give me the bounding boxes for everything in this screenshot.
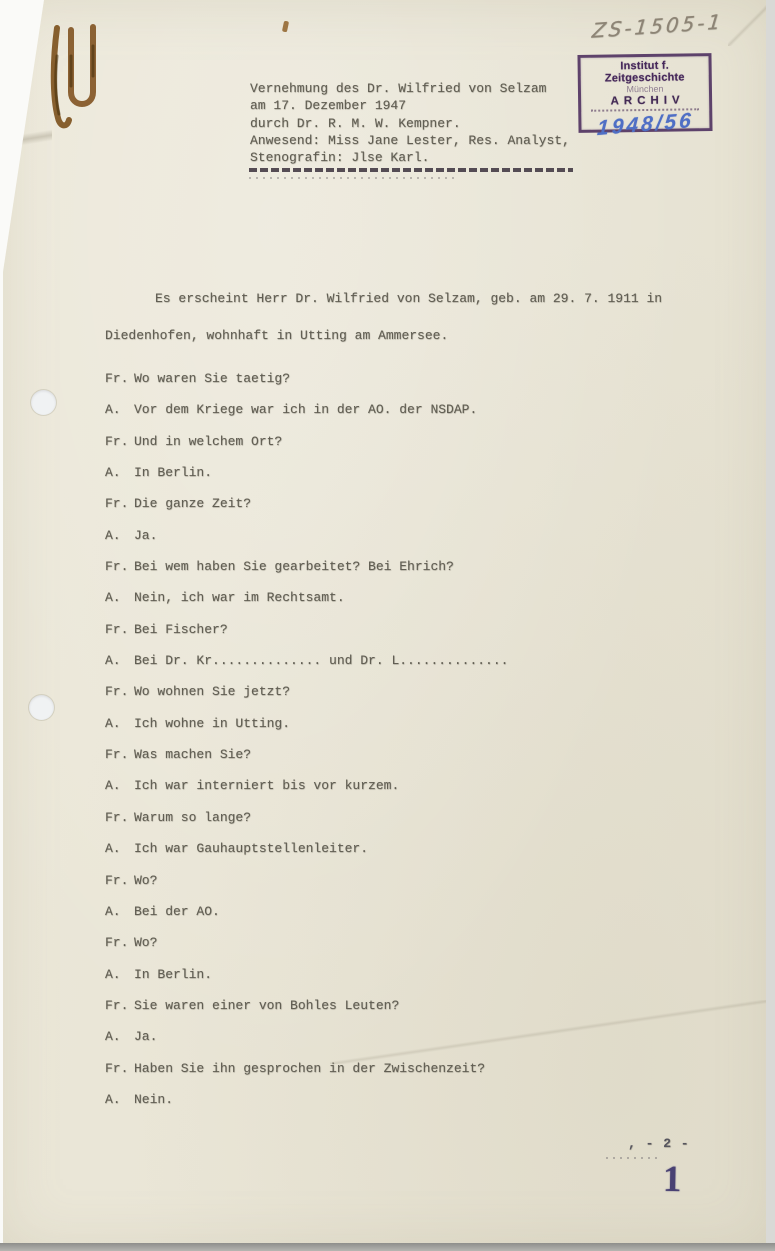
qa-text: Wo waren Sie taetig? — [134, 371, 290, 386]
qa-speaker: Fr. — [105, 1061, 134, 1076]
qa-speaker: Fr. — [105, 622, 134, 637]
qa-speaker: Fr. — [105, 434, 134, 449]
next-page-number-typed: , - 2 - — [628, 1136, 690, 1151]
qa-row: A.Nein, ich war im Rechtsamt. — [105, 590, 508, 621]
qa-speaker: A. — [105, 653, 134, 668]
qa-row: Fr.Haben Sie ihn gesprochen in der Zwisc… — [105, 1061, 508, 1092]
header-line-interrogator: durch Dr. R. M. W. Kempner. — [250, 115, 570, 132]
qa-text: Ich war interniert bis vor kurzem. — [134, 778, 399, 793]
rust-speck — [282, 21, 289, 33]
qa-speaker: Fr. — [105, 935, 134, 950]
qa-text: Haben Sie ihn gesprochen in der Zwischen… — [134, 1061, 485, 1076]
qa-text: Nein. — [134, 1092, 173, 1107]
qa-text: In Berlin. — [134, 967, 212, 982]
qa-row: A.Ich wohne in Utting. — [105, 716, 508, 747]
paperclip-icon — [40, 16, 120, 156]
qa-speaker: A. — [105, 590, 134, 605]
qa-row: Fr.Die ganze Zeit? — [105, 496, 508, 527]
qa-row: A.Ja. — [105, 528, 508, 559]
intro-line-1: Es erscheint Herr Dr. Wilfried von Selza… — [105, 280, 685, 317]
qa-speaker: A. — [105, 402, 134, 417]
qa-text: Bei der AO. — [134, 904, 220, 919]
qa-speaker: A. — [105, 841, 134, 856]
qa-text: Warum so lange? — [134, 810, 251, 825]
document-header: Vernehmung des Dr. Wilfried von Selzam a… — [250, 80, 570, 166]
qa-text: Bei Dr. Kr.............. und Dr. L......… — [134, 653, 508, 668]
qa-speaker: Fr. — [105, 873, 134, 888]
qa-row: Fr.Wo wohnen Sie jetzt? — [105, 684, 508, 715]
stamp-institute-name: Institut f. Zeitgeschichte — [581, 59, 709, 85]
page-number-stamped: 1 — [663, 1158, 682, 1201]
intro-line-2: Diedenhofen, wohnhaft in Utting am Ammer… — [105, 317, 685, 354]
header-underline-faint — [249, 177, 459, 179]
qa-text: Was machen Sie? — [134, 747, 251, 762]
qa-row: A.Bei der AO. — [105, 904, 508, 935]
header-line-stenographer: Stenografin: Jlse Karl. — [250, 149, 570, 166]
qa-text: Vor dem Kriege war ich in der AO. der NS… — [134, 402, 477, 417]
qa-speaker: Fr. — [105, 559, 134, 574]
footer-dotted-mark — [606, 1157, 662, 1159]
intro-paragraph: Es erscheint Herr Dr. Wilfried von Selza… — [105, 280, 685, 354]
qa-text: In Berlin. — [134, 465, 212, 480]
qa-speaker: Fr. — [105, 496, 134, 511]
qa-row: A.Bei Dr. Kr.............. und Dr. L....… — [105, 653, 508, 684]
header-underline — [249, 168, 573, 172]
archive-stamp: Institut f. Zeitgeschichte München ARCHI… — [577, 53, 712, 133]
qa-row: A.Nein. — [105, 1092, 508, 1123]
qa-row: Fr.Was machen Sie? — [105, 747, 508, 778]
qa-list: Fr.Wo waren Sie taetig?A.Vor dem Kriege … — [105, 371, 508, 1123]
qa-row: Fr.Bei Fischer? — [105, 622, 508, 653]
qa-speaker: Fr. — [105, 684, 134, 699]
header-line-present: Anwesend: Miss Jane Lester, Res. Analyst… — [250, 132, 570, 149]
qa-text: Und in welchem Ort? — [134, 434, 282, 449]
qa-speaker: A. — [105, 1029, 134, 1044]
qa-text: Wo? — [134, 873, 157, 888]
scanned-page: ZS-1505-1 Institut f. Zeitgeschichte Mün… — [0, 0, 775, 1251]
qa-text: Bei wem haben Sie gearbeitet? Bei Ehrich… — [134, 559, 454, 574]
punch-hole-bottom — [29, 695, 54, 720]
qa-speaker: A. — [105, 967, 134, 982]
qa-speaker: A. — [105, 528, 134, 543]
qa-row: A.Ich war interniert bis vor kurzem. — [105, 778, 508, 809]
qa-text: Ja. — [134, 1029, 157, 1044]
qa-text: Sie waren einer von Bohles Leuten? — [134, 998, 399, 1013]
qa-text: Ich wohne in Utting. — [134, 716, 290, 731]
qa-row: Fr.Warum so lange? — [105, 810, 508, 841]
scan-edge-right — [765, 0, 775, 1251]
qa-speaker: A. — [105, 1092, 134, 1107]
qa-speaker: Fr. — [105, 998, 134, 1013]
header-line-date: am 17. Dezember 1947 — [250, 97, 570, 114]
qa-speaker: A. — [105, 465, 134, 480]
stamp-archiv-label: ARCHIV — [581, 93, 709, 109]
qa-row: A.Ja. — [105, 1029, 508, 1060]
qa-text: Die ganze Zeit? — [134, 496, 251, 511]
qa-speaker: Fr. — [105, 747, 134, 762]
punch-hole-top — [31, 390, 56, 415]
qa-row: A.In Berlin. — [105, 967, 508, 998]
qa-row: Fr.Sie waren einer von Bohles Leuten? — [105, 998, 508, 1029]
qa-speaker: Fr. — [105, 371, 134, 386]
qa-row: Fr.Wo? — [105, 873, 508, 904]
qa-text: Nein, ich war im Rechtsamt. — [134, 590, 345, 605]
qa-text: Bei Fischer? — [134, 622, 228, 637]
qa-row: Fr.Bei wem haben Sie gearbeitet? Bei Ehr… — [105, 559, 508, 590]
qa-text: Wo wohnen Sie jetzt? — [134, 684, 290, 699]
qa-speaker: Fr. — [105, 810, 134, 825]
qa-text: Ja. — [134, 528, 157, 543]
qa-speaker: A. — [105, 716, 134, 731]
qa-row: A.Ich war Gauhauptstellenleiter. — [105, 841, 508, 872]
qa-row: A.In Berlin. — [105, 465, 508, 496]
qa-row: Fr.Wo waren Sie taetig? — [105, 371, 508, 402]
qa-row: Fr.Und in welchem Ort? — [105, 434, 508, 465]
scan-edge-bottom — [0, 1243, 775, 1251]
header-line-title: Vernehmung des Dr. Wilfried von Selzam — [250, 80, 570, 97]
qa-text: Wo? — [134, 935, 157, 950]
qa-row: A.Vor dem Kriege war ich in der AO. der … — [105, 402, 508, 433]
qa-speaker: A. — [105, 778, 134, 793]
qa-row: Fr.Wo? — [105, 935, 508, 966]
qa-text: Ich war Gauhauptstellenleiter. — [134, 841, 368, 856]
qa-speaker: A. — [105, 904, 134, 919]
